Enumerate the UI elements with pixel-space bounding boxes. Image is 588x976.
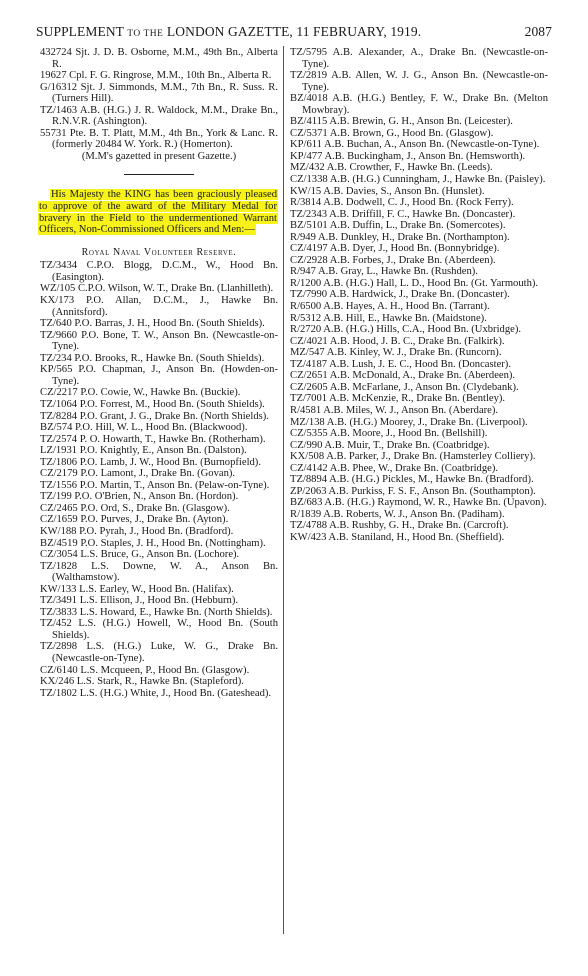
list-item: R/2720 A.B. (H.G.) Hills, C.A., Hood Bn.… [290,324,548,336]
list-item: MZ/547 A.B. Kinley, W. J., Drake Bn. (Ru… [290,347,548,359]
list-item: CZ/2465 P.O. Ord, S., Drake Bn. (Glasgow… [40,503,278,515]
list-item: KW/133 L.S. Earley, W., Hood Bn. (Halifa… [40,584,278,596]
list-item: TZ/640 P.O. Barras, J. H., Hood Bn. (Sou… [40,318,278,330]
list-item: BZ/5101 A.B. Duffin, L., Drake Bn. (Some… [290,220,548,232]
list-item: BZ/574 P.O. Hill, W. L., Hood Bn. (Black… [40,422,278,434]
list-item: TZ/1064 P.O. Forrest, M., Hood Bn. (Sout… [40,399,278,411]
list-item: BZ/4115 A.B. Brewin, G. H., Anson Bn. (L… [290,116,548,128]
header-title: LONDON GAZETTE, 11 FEBRUARY, 1919. [167,24,421,39]
list-item: 432724 Sjt. J. D. B. Osborne, M.M., 49th… [40,47,278,70]
list-item: TZ/9660 P.O. Bone, T. W., Anson Bn. (New… [40,330,278,353]
list-item: TZ/4788 A.B. Rushby, G. H., Drake Bn. (C… [290,520,548,532]
section-divider [124,174,194,175]
list-item: TZ/2819 A.B. Allen, W. J. G., Anson Bn. … [290,70,548,93]
list-item: CZ/6140 L.S. Mcqueen, P., Hood Bn. (Glas… [40,665,278,677]
left-column: 432724 Sjt. J. D. B. Osborne, M.M., 49th… [40,47,278,699]
list-item: TZ/2898 L.S. (H.G.) Luke, W. G., Drake B… [40,641,278,664]
list-item: TZ/3434 C.P.O. Blogg, D.C.M., W., Hood B… [40,260,278,283]
right-column: TZ/5795 A.B. Alexander, A., Drake Bn. (N… [290,47,548,544]
list-item: LZ/1931 P.O. Knightly, E., Anson Bn. (Da… [40,445,278,457]
page-number: 2087 [525,24,552,40]
list-item: CZ/4197 A.B. Dyer, J., Hood Bn. (Bonnybr… [290,243,548,255]
rnvr-entries-list-continued: TZ/5795 A.B. Alexander, A., Drake Bn. (N… [290,47,548,544]
list-item: TZ/234 P.O. Brooks, R., Hawke Bn. (South… [40,353,278,365]
list-item: G/16312 Sjt. J. Simmonds, M.M., 7th Bn.,… [40,82,278,105]
list-item: TZ/8284 P.O. Grant, J. G., Drake Bn. (No… [40,411,278,423]
list-item: R/1839 A.B. Roberts, W. J., Anson Bn. (P… [290,509,548,521]
highlighted-text: His Majesty the KING has been graciously… [38,189,278,235]
list-item: CZ/3054 L.S. Bruce, G., Anson Bn. (Locho… [40,549,278,561]
page-header: SUPPLEMENT TO THE LONDON GAZETTE, 11 FEB… [36,24,552,40]
list-item: KW/423 A.B. Staniland, H., Hood Bn. (She… [290,532,548,544]
list-item: KP/565 P.O. Chapman, J., Anson Bn. (Howd… [40,364,278,387]
list-item: CZ/5355 A.B. Moore, J., Hood Bn. (Bellsh… [290,428,548,440]
list-item: TZ/7990 A.B. Hardwick, J., Drake Bn. (Do… [290,289,548,301]
list-item: TZ/1806 P.O. Lamb, J. W., Hood Bn. (Burn… [40,457,278,469]
list-item: TZ/2574 P. O. Howarth, T., Hawke Bn. (Ro… [40,434,278,446]
gazette-note: (M.M's gazetted in present Gazette.) [40,151,278,163]
list-item: TZ/1828 L.S. Downe, W. A., Anson Bn. (Wa… [40,561,278,584]
list-item: BZ/683 A.B. (H.G.) Raymond, W. R., Hawke… [290,497,548,509]
list-item: R/1200 A.B. (H.G.) Hall, L. D., Hood Bn.… [290,278,548,290]
list-item: CZ/990 A.B. Muir, T., Drake Bn. (Coatbri… [290,440,548,452]
list-item: KP/611 A.B. Buchan, A., Anson Bn. (Newca… [290,139,548,151]
column-divider-rule [283,46,284,934]
list-item: R/947 A.B. Gray, L., Hawke Bn. (Rushden)… [290,266,548,278]
list-item: CZ/4142 A.B. Phee, W., Drake Bn. (Coatbr… [290,463,548,475]
list-item: TZ/1463 A.B. (H.G.) J. R. Waldock, M.M.,… [40,105,278,128]
list-item: TZ/7001 A.B. McKenzie, R., Drake Bn. (Be… [290,393,548,405]
section-title: Royal Naval Volunteer Reserve. [40,247,278,259]
list-item: R/6500 A.B. Hayes, A. H., Hood Bn. (Tarr… [290,301,548,313]
list-item: TZ/3833 L.S. Howard, E., Hawke Bn. (Nort… [40,607,278,619]
list-item: ZP/2063 A.B. Purkiss, F. S. F., Anson Bn… [290,486,548,498]
list-item: TZ/199 P.O. O'Brien, N., Anson Bn. (Hord… [40,491,278,503]
list-item: CZ/5371 A.B. Brown, G., Hood Bn. (Glasgo… [290,128,548,140]
list-item: CZ/2605 A.B. McFarlane, J., Anson Bn. (C… [290,382,548,394]
list-item: KW/188 P.O. Pyrah, J., Hood Bn. (Bradfor… [40,526,278,538]
list-item: R/5312 A.B. Hill, E., Hawke Bn. (Maidsto… [290,313,548,325]
header-prefix: SUPPLEMENT [36,24,124,39]
list-item: KX/246 L.S. Stark, R., Hawke Bn. (Staple… [40,676,278,688]
list-item: KX/508 A.B. Parker, J., Drake Bn. (Hamst… [290,451,548,463]
list-item: KP/477 A.B. Buckingham, J., Anson Bn. (H… [290,151,548,163]
list-item: TZ/452 L.S. (H.G.) Howell, W., Hood Bn. … [40,618,278,641]
list-item: CZ/2651 A.B. McDonald, A., Drake Bn. (Ab… [290,370,548,382]
list-item: KX/173 P.O. Allan, D.C.M., J., Hawke Bn.… [40,295,278,318]
list-item: TZ/8894 A.B. (H.G.) Pickles, M., Hawke B… [290,474,548,486]
list-item: TZ/1802 L.S. (H.G.) White, J., Hood Bn. … [40,688,278,700]
list-item: MZ/432 A.B. Crowther, F., Hawke Bn. (Lee… [290,162,548,174]
header-connector: TO THE [127,29,163,39]
list-item: BZ/4519 P.O. Staples, J. H., Hood Bn. (N… [40,538,278,550]
list-item: TZ/1556 P.O. Martin, T., Anson Bn. (Pela… [40,480,278,492]
list-item: TZ/2343 A.B. Driffill, F. C., Hawke Bn. … [290,209,548,221]
list-item: TZ/4187 A.B. Lush, J. E. C., Hood Bn. (D… [290,359,548,371]
list-item: 55731 Pte. B. T. Platt, M.M., 4th Bn., Y… [40,128,278,151]
list-item: MZ/138 A.B. (H.G.) Moorey, J., Drake Bn.… [290,417,548,429]
preceding-entries: 432724 Sjt. J. D. B. Osborne, M.M., 49th… [40,47,278,151]
list-item: TZ/3491 L.S. Ellison, J., Hood Bn. (Hebb… [40,595,278,607]
list-item: TZ/5795 A.B. Alexander, A., Drake Bn. (N… [290,47,548,70]
list-item: R/949 A.B. Dunkley, H., Drake Bn. (North… [290,232,548,244]
list-item: WZ/105 C.P.O. Wilson, W. T., Drake Bn. (… [40,283,278,295]
list-item: KW/15 A.B. Davies, S., Anson Bn. (Hunsle… [290,186,548,198]
list-item: CZ/2928 A.B. Forbes, J., Drake Bn. (Aber… [290,255,548,267]
list-item: CZ/1659 P.O. Purves, J., Drake Bn. (Ayto… [40,514,278,526]
list-item: CZ/2179 P.O. Lamont, J., Drake Bn. (Gova… [40,468,278,480]
list-item: CZ/2217 P.O. Cowie, W., Hawke Bn. (Bucki… [40,387,278,399]
list-item: CZ/4021 A.B. Hood, J. B. C., Drake Bn. (… [290,336,548,348]
list-item: R/3814 A.B. Dodwell, C. J., Hood Bn. (Ro… [290,197,548,209]
list-item: 19627 Cpl. F. G. Ringrose, M.M., 10th Bn… [40,70,278,82]
list-item: CZ/1338 A.B. (H.G.) Cunningham, J., Hawk… [290,174,548,186]
award-announcement: His Majesty the KING has been graciously… [38,189,278,235]
list-item: BZ/4018 A.B. (H.G.) Bentley, F. W., Drak… [290,93,548,116]
list-item: R/4581 A.B. Miles, W. J., Anson Bn. (Abe… [290,405,548,417]
rnvr-entries-list: TZ/3434 C.P.O. Blogg, D.C.M., W., Hood B… [40,260,278,699]
